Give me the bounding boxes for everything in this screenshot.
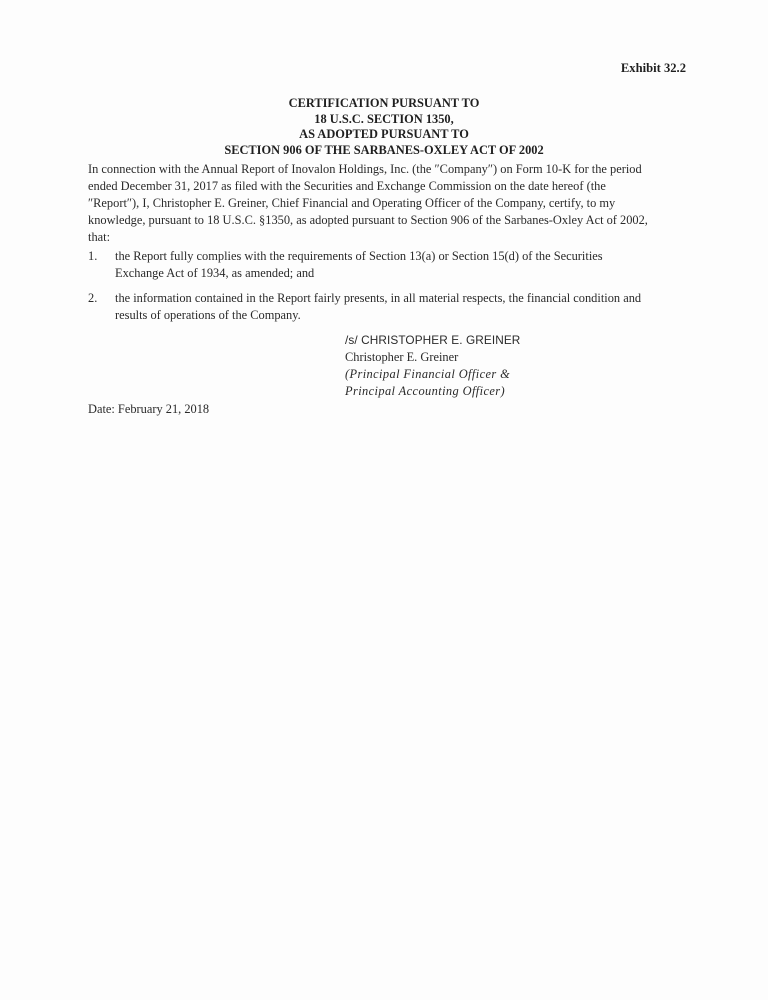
intro-line: knowledge, pursuant to 18 U.S.C. §1350, … [88, 212, 688, 229]
signer-title: Principal Accounting Officer) [345, 383, 520, 400]
list-item-line: Exchange Act of 1934, as amended; and [115, 265, 688, 282]
intro-paragraph: In connection with the Annual Report of … [88, 161, 688, 246]
exhibit-label: Exhibit 32.2 [621, 60, 686, 77]
certification-title: CERTIFICATION PURSUANT TO 18 U.S.C. SECT… [0, 96, 768, 158]
date-line: Date: February 21, 2018 [88, 401, 209, 418]
signature-block: /s/ CHRISTOPHER E. GREINER Christopher E… [345, 332, 520, 400]
title-line: CERTIFICATION PURSUANT TO [0, 96, 768, 112]
list-item-number: 2. [88, 290, 97, 307]
list-item-line: the Report fully complies with the requi… [115, 248, 688, 265]
document-page: Exhibit 32.2 CERTIFICATION PURSUANT TO 1… [0, 0, 768, 1000]
list-item-number: 1. [88, 248, 97, 265]
intro-line: ″Report″), I, Christopher E. Greiner, Ch… [88, 195, 688, 212]
list-item-line: the information contained in the Report … [115, 290, 688, 307]
certification-list: 1. the Report fully complies with the re… [88, 248, 688, 332]
title-line: AS ADOPTED PURSUANT TO [0, 127, 768, 143]
list-item: 2. the information contained in the Repo… [88, 290, 688, 324]
signer-name: Christopher E. Greiner [345, 349, 520, 366]
list-item-line: results of operations of the Company. [115, 307, 688, 324]
list-item: 1. the Report fully complies with the re… [88, 248, 688, 282]
title-line: SECTION 906 OF THE SARBANES-OXLEY ACT OF… [0, 143, 768, 159]
intro-line: ended December 31, 2017 as filed with th… [88, 178, 688, 195]
signature-line: /s/ CHRISTOPHER E. GREINER [345, 332, 520, 349]
signer-title: (Principal Financial Officer & [345, 366, 520, 383]
title-line: 18 U.S.C. SECTION 1350, [0, 112, 768, 128]
intro-line: that: [88, 229, 688, 246]
intro-line: In connection with the Annual Report of … [88, 161, 688, 178]
